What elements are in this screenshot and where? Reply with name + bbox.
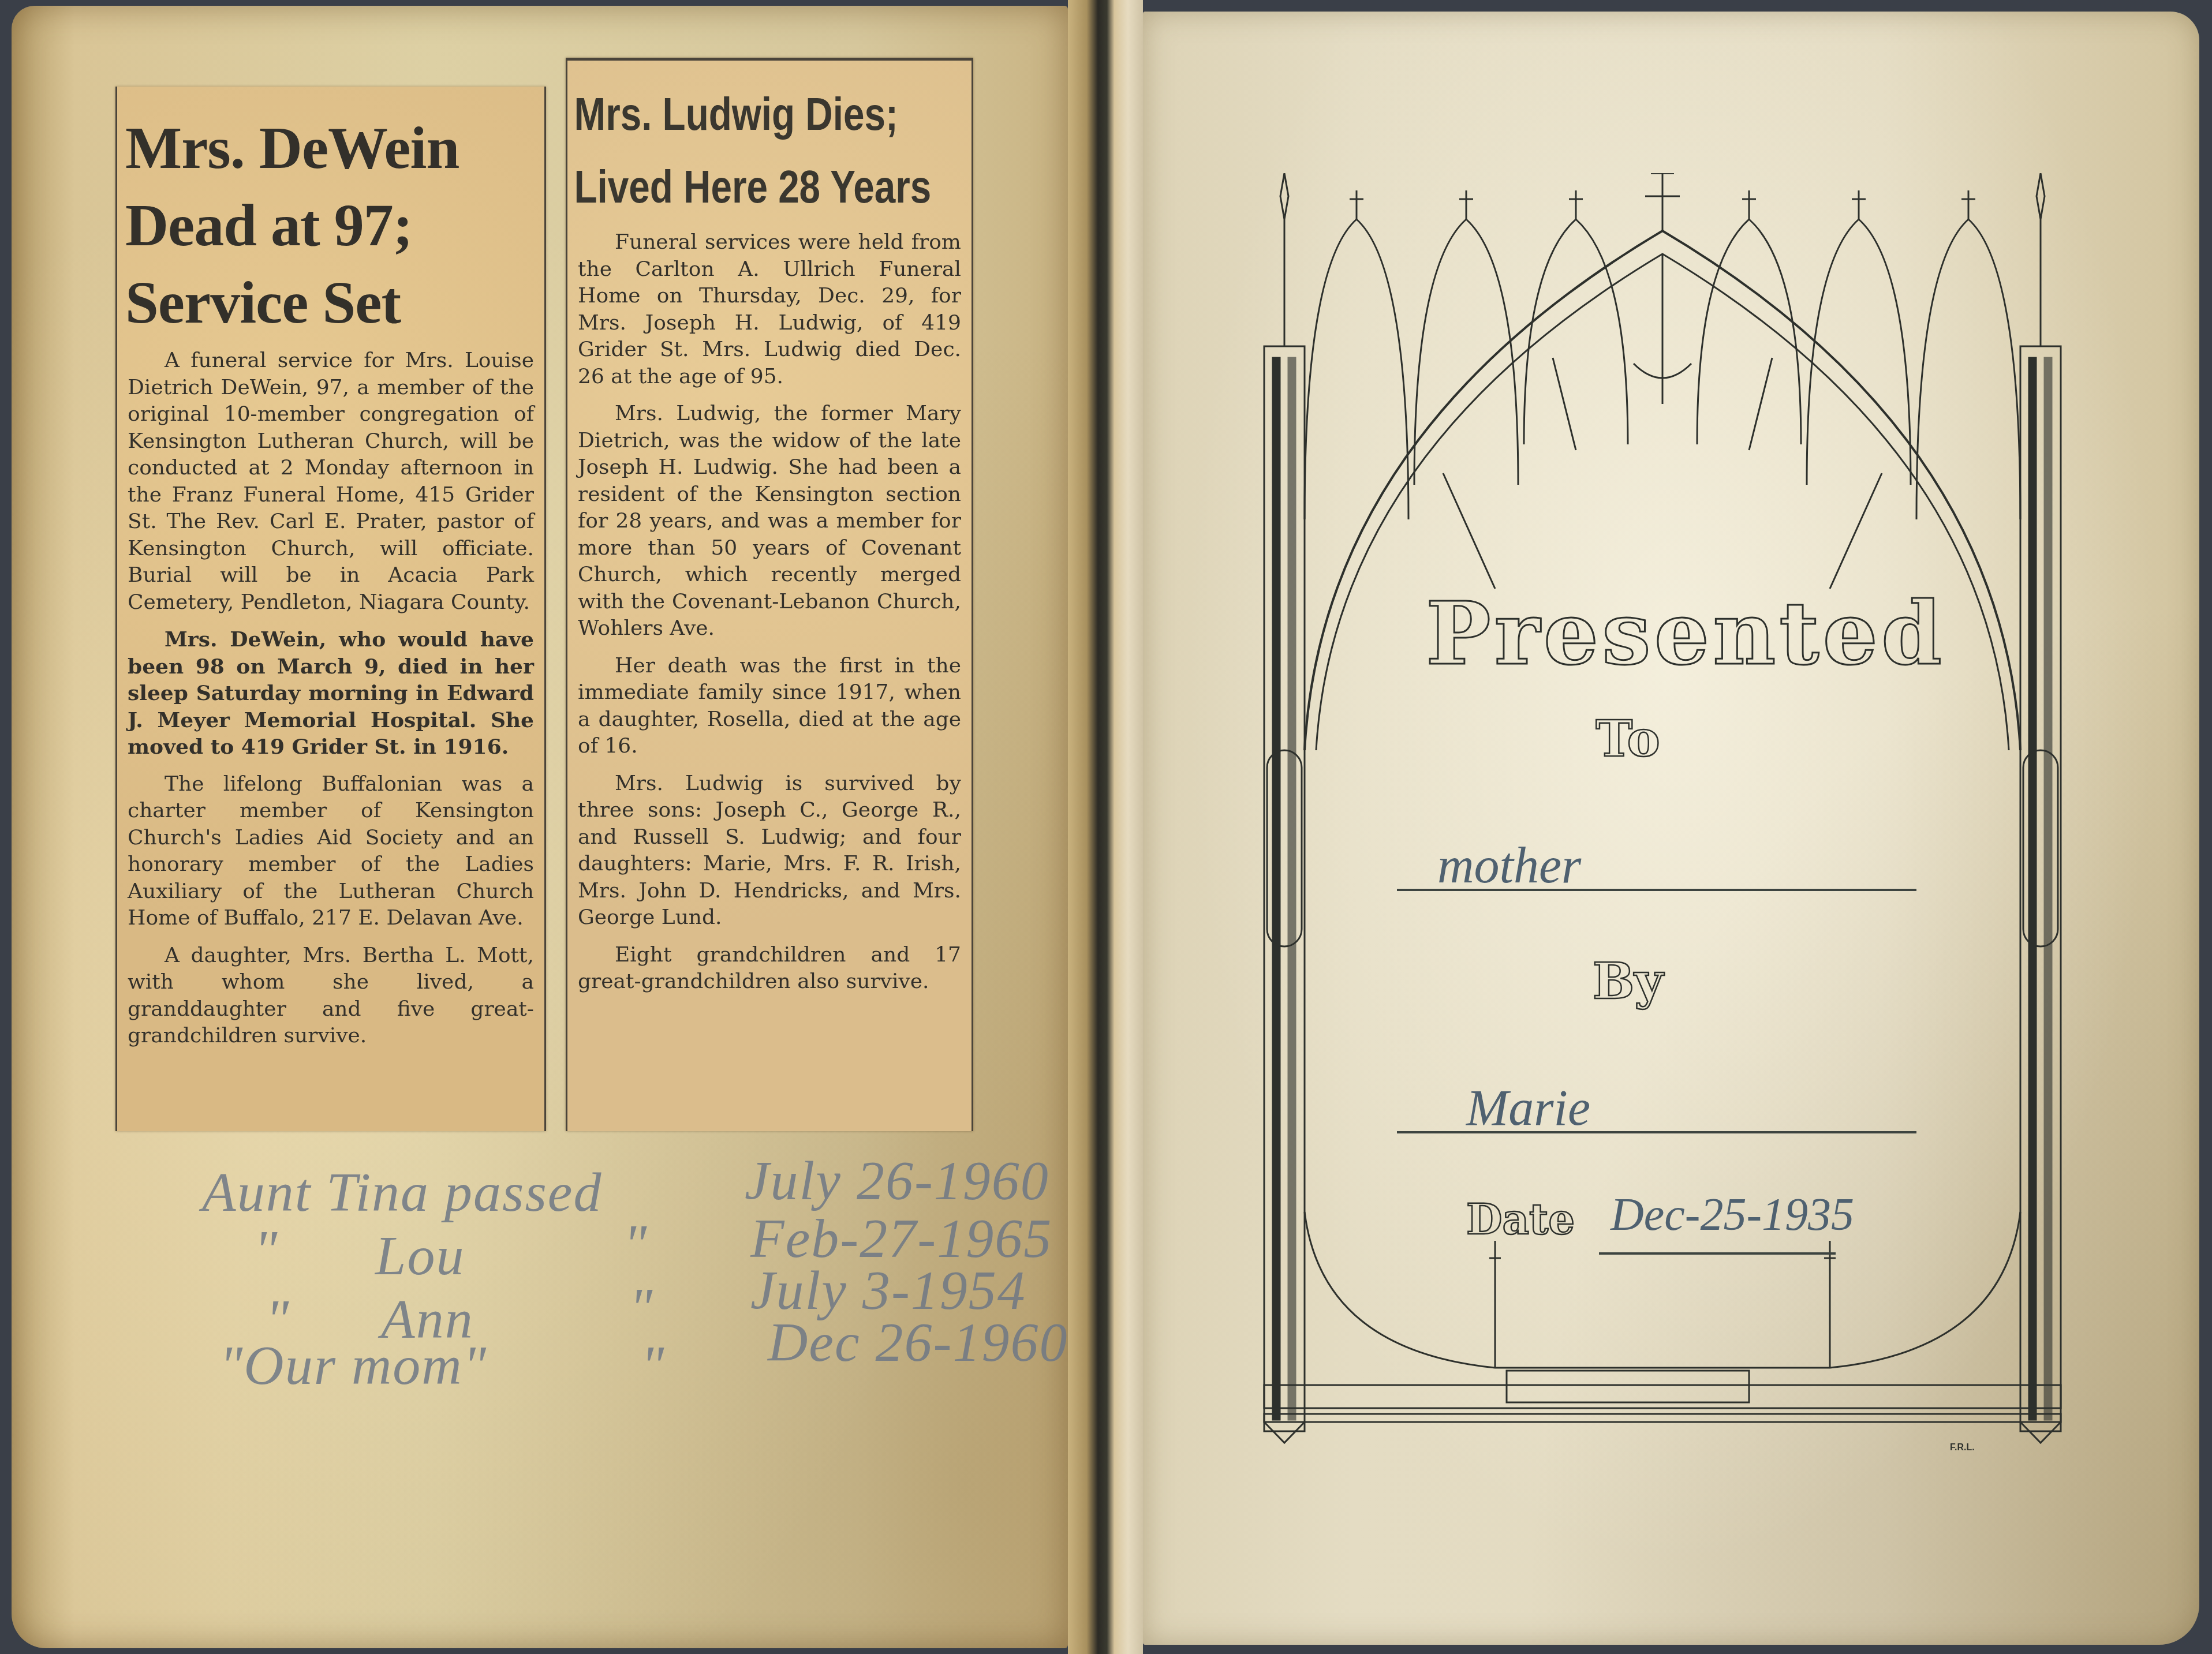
- handwritten-note-date: Dec 26-1960: [768, 1310, 1068, 1374]
- ditto-mark: ": [623, 1212, 648, 1276]
- column-rule: [567, 58, 972, 61]
- clipping-headline: Mrs. DeWein Dead at 97; Service Set: [117, 87, 544, 347]
- book-spine: [1068, 0, 1143, 1654]
- paragraph: The lifelong Buffalonian was a charter m…: [128, 771, 534, 932]
- headline-line: Dead at 97;: [125, 192, 412, 259]
- date-label: Date: [1466, 1195, 1605, 1244]
- ditto-mark: ": [641, 1333, 665, 1397]
- headline-line: Service Set: [125, 270, 401, 336]
- paragraph: Her death was the first in the immediate…: [578, 653, 961, 760]
- paragraph: A daughter, Mrs. Bertha L. Mott, with wh…: [128, 942, 534, 1050]
- handwritten-note-name: "Our mom": [219, 1333, 487, 1397]
- handwritten-note-name: Aunt Tina passed: [202, 1160, 602, 1224]
- clipping-body: Funeral services were held from the Carl…: [567, 229, 972, 996]
- to-label: To: [1570, 710, 1686, 768]
- recipient-line: [1397, 889, 1916, 891]
- handwritten-note-name: Lou: [375, 1223, 465, 1288]
- engraver-mark: F.R.L.: [1950, 1443, 1975, 1453]
- giver-value: Marie: [1466, 1079, 1590, 1137]
- clipping-headline: Mrs. Ludwig Dies; Lived Here 28 Years: [567, 78, 981, 229]
- obituary-clipping-ludwig: Mrs. Ludwig Dies; Lived Here 28 Years Fu…: [566, 58, 973, 1131]
- paragraph: Mrs. DeWein, who would have been 98 on M…: [128, 626, 534, 761]
- paragraph: A funeral service for Mrs. Louise Dietri…: [128, 347, 534, 616]
- date-value: Dec-25-1935: [1611, 1189, 1854, 1241]
- headline-line: Mrs. DeWein: [125, 115, 459, 181]
- giver-line: [1397, 1131, 1916, 1133]
- obituary-clipping-dewein: Mrs. DeWein Dead at 97; Service Set A fu…: [115, 87, 546, 1131]
- paragraph: Eight grandchildren and 17 great-grandch…: [578, 942, 961, 996]
- open-book: Mrs. DeWein Dead at 97; Service Set A fu…: [0, 0, 2212, 1654]
- date-line: [1599, 1252, 1836, 1255]
- by-label: By: [1570, 952, 1686, 1011]
- headline-line: Lived Here 28 Years: [574, 161, 931, 212]
- handwritten-note-date: July 26-1960: [745, 1148, 1049, 1213]
- paragraph: Mrs. Ludwig is survived by three sons: J…: [578, 770, 961, 931]
- gothic-arch-frame-illustration: [1253, 173, 2072, 1460]
- recipient-value: mother: [1437, 837, 1581, 895]
- paragraph: Funeral services were held from the Carl…: [578, 229, 961, 390]
- ditto-mark: ": [254, 1218, 278, 1282]
- clipping-body: A funeral service for Mrs. Louise Dietri…: [117, 347, 544, 1050]
- headline-line: Mrs. Ludwig Dies;: [574, 88, 898, 140]
- paragraph: Mrs. Ludwig, the former Mary Dietrich, w…: [578, 401, 961, 642]
- ditto-mark: ": [629, 1275, 653, 1339]
- presented-title: Presented: [1426, 583, 1888, 684]
